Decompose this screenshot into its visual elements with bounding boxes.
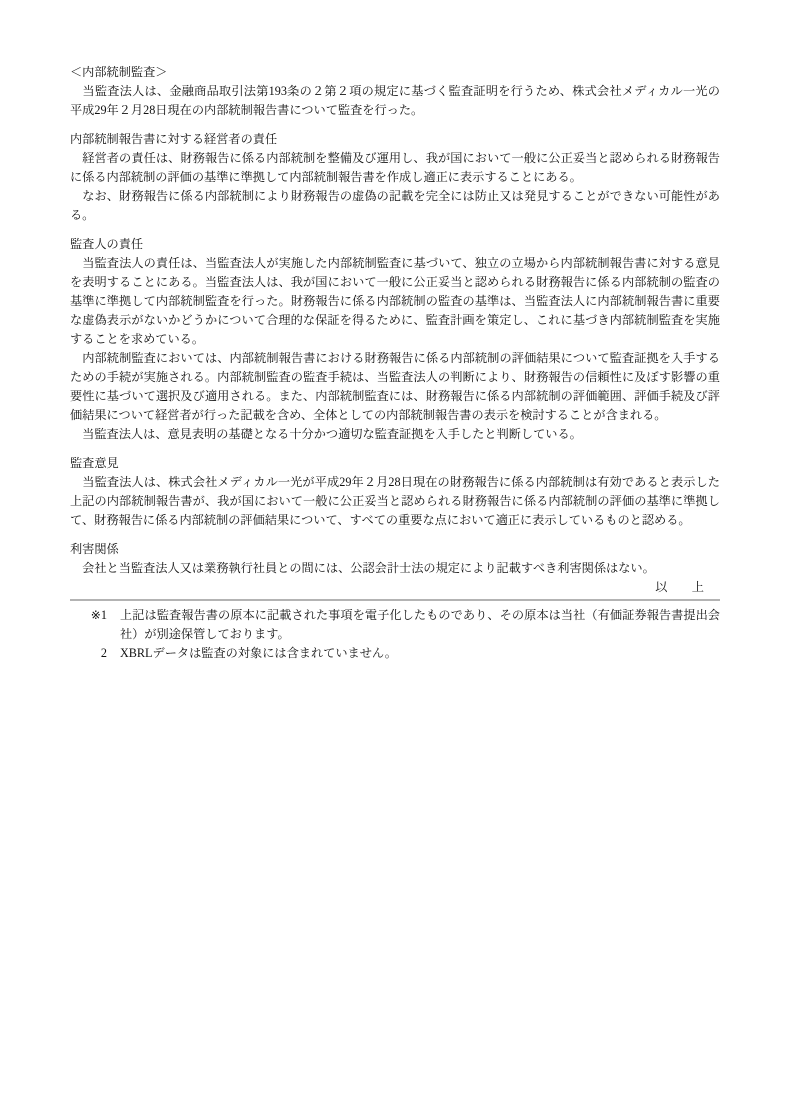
paragraph: 当監査法人は、意見表明の基礎となる十分かつ適切な監査証拠を入手したと判断している… <box>70 425 720 444</box>
section-internal-control-audit: ＜内部統制監査＞ 当監査法人は、金融商品取引法第193条の２第２項の規定に基づく… <box>70 63 720 120</box>
section-heading: 監査人の責任 <box>70 235 720 254</box>
closing-statement: 以 上 <box>70 578 720 597</box>
section-heading: 利害関係 <box>70 540 720 559</box>
audit-report-content: ＜内部統制監査＞ 当監査法人は、金融商品取引法第193条の２第２項の規定に基づく… <box>70 63 720 663</box>
section-heading: ＜内部統制監査＞ <box>70 63 720 82</box>
paragraph: 当監査法人は、金融商品取引法第193条の２第２項の規定に基づく監査証明を行うため… <box>70 82 720 120</box>
paragraph: 当監査法人は、株式会社メディカル一光が平成29年２月28日現在の財務報告に係る内… <box>70 473 720 530</box>
footnote-text: 上記は監査報告書の原本に記載された事項を電子化したものであり、その原本は当社（有… <box>120 606 720 644</box>
section-heading: 内部統制報告書に対する経営者の責任 <box>70 130 720 149</box>
footnote-marker: 2 <box>83 644 120 663</box>
paragraph: 経営者の責任は、財務報告に係る内部統制を整備及び運用し、我が国において一般に公正… <box>70 149 720 187</box>
paragraph: なお、財務報告に係る内部統制により財務報告の虚偽の記載を完全には防止又は発見する… <box>70 187 720 225</box>
section-conflicts-of-interest: 利害関係 会社と当監査法人又は業務執行社員との間には、公認会計士法の規定により記… <box>70 540 720 578</box>
section-auditor-responsibility: 監査人の責任 当監査法人の責任は、当監査法人が実施した内部統制監査に基づいて、独… <box>70 235 720 444</box>
footnotes: ※1 上記は監査報告書の原本に記載された事項を電子化したものであり、その原本は当… <box>83 606 720 663</box>
section-audit-opinion: 監査意見 当監査法人は、株式会社メディカル一光が平成29年２月28日現在の財務報… <box>70 454 720 530</box>
footnote-text: XBRLデータは監査の対象には含まれていません。 <box>120 644 720 663</box>
section-management-responsibility: 内部統制報告書に対する経営者の責任 経営者の責任は、財務報告に係る内部統制を整備… <box>70 130 720 225</box>
paragraph: 当監査法人の責任は、当監査法人が実施した内部統制監査に基づいて、独立の立場から内… <box>70 254 720 349</box>
paragraph: 内部統制監査においては、内部統制報告書における財務報告に係る内部統制の評価結果に… <box>70 349 720 425</box>
footnote-marker: ※1 <box>83 606 120 625</box>
paragraph: 会社と当監査法人又は業務執行社員との間には、公認会計士法の規定により記載すべき利… <box>70 559 720 578</box>
notes-divider <box>70 599 720 601</box>
audit-report-page: ＜内部統制監査＞ 当監査法人は、金融商品取引法第193条の２第２項の規定に基づく… <box>0 0 790 1118</box>
footnote: ※1 上記は監査報告書の原本に記載された事項を電子化したものであり、その原本は当… <box>83 606 720 644</box>
section-heading: 監査意見 <box>70 454 720 473</box>
footnote: 2 XBRLデータは監査の対象には含まれていません。 <box>83 644 720 663</box>
